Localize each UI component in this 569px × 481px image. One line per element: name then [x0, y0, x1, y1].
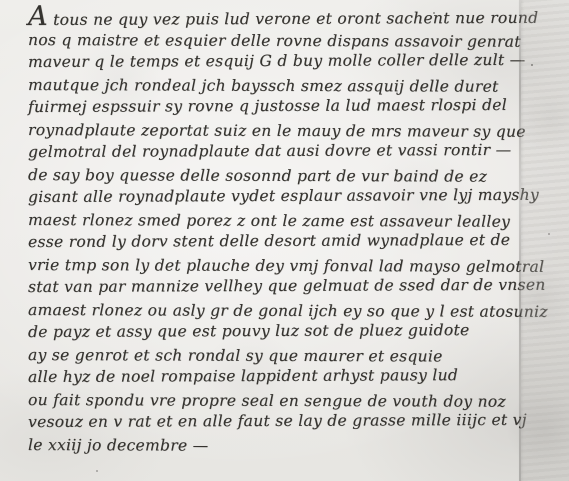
manuscript-line: stat van par mannize vellhey que gelmuat…: [28, 274, 558, 299]
manuscript-line: gelmotral del roynadplaute dat ausi dovr…: [28, 139, 558, 164]
manuscript-line: fuirmej espssuir sy rovne q justosse la …: [28, 94, 558, 119]
page-edge-strip: [521, 0, 569, 481]
manuscript-line: alle hyz de noel rompaise lappident arhy…: [28, 364, 558, 389]
manuscript-scan: A tous ne quy vez puis lud verone et oro…: [0, 0, 569, 481]
manuscript-line: le xxiij jo decembre —: [28, 434, 558, 458]
manuscript-text-block: A tous ne quy vez puis lud verone et oro…: [28, 6, 558, 456]
manuscript-line: esse rond ly dorv stent delle desort ami…: [28, 229, 558, 254]
ink-speck: [96, 470, 98, 472]
manuscript-line: A tous ne quy vez puis lud verone et oro…: [28, 4, 558, 29]
manuscript-line: gisant alle roynadplaute vydet esplaur a…: [28, 184, 558, 209]
manuscript-line: maveur q le temps et esquij G d buy moll…: [28, 49, 558, 74]
manuscript-line: vesouz en v rat et en alle faut se lay d…: [28, 409, 558, 434]
manuscript-line: de payz et assy que est pouvy luz sot de…: [28, 319, 558, 344]
